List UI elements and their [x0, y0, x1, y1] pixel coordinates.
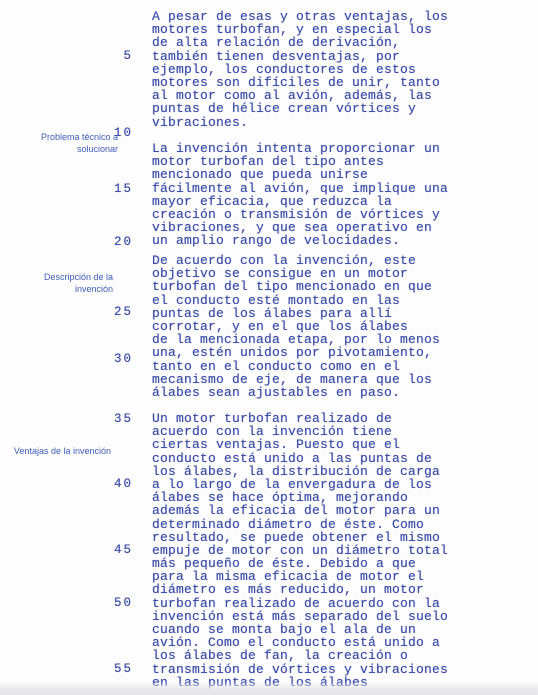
line-number: 50	[0, 596, 133, 610]
text-line: diámetro es más reducido, un motor	[152, 583, 448, 596]
margin-section-label: Ventajas de la invención	[0, 446, 111, 458]
margin-label-line: Descripción de la	[0, 272, 113, 284]
line-number: 30	[0, 352, 133, 366]
text-line: ciertas ventajas. Puesto que el	[152, 438, 448, 451]
line-number: 45	[0, 543, 133, 557]
paragraph: Un motor turbofan realizado deacuerdo co…	[152, 412, 448, 689]
text-line: ejemplo, los conductores de estos	[152, 63, 448, 76]
text-line: mayor eficacia, que reduzca la	[152, 195, 448, 208]
line-number: 35	[0, 412, 133, 426]
text-line: los álabes de fan, la creación o	[152, 649, 448, 662]
text-line: el conducto esté montado en las	[152, 294, 440, 307]
line-number: 20	[0, 235, 133, 249]
margin-label-line: solucionar	[0, 144, 118, 156]
text-line: además la eficacia del motor para un	[152, 504, 448, 517]
margin-label-line: Ventajas de la invención	[0, 446, 111, 458]
margin-section-label: Descripción de lainvención	[0, 272, 113, 295]
document-page: Problema técnico asolucionarDescripción …	[0, 0, 538, 695]
line-number: 40	[0, 477, 133, 491]
text-line: vibraciones.	[152, 116, 448, 129]
text-line: mecanismo de eje, de manera que los	[152, 373, 440, 386]
text-line: puntas de los álabes para allí	[152, 307, 440, 320]
text-line: turbofan del tipo mencionado en que	[152, 280, 440, 293]
line-number: 55	[0, 662, 133, 676]
margin-label-line: invención	[0, 284, 113, 296]
text-line: álabes sean ajustables en paso.	[152, 386, 440, 399]
text-line: también tienen desventajas, por	[152, 50, 448, 63]
text-line: mencionado que pueda unirse	[152, 168, 448, 181]
text-line: fácilmente al avión, que implique una	[152, 182, 448, 195]
line-number: 25	[0, 305, 133, 319]
text-line: transmisión de vórtices y vibraciones	[152, 663, 448, 676]
text-line: los álabes, la distribución de carga	[152, 465, 448, 478]
line-number: 5	[0, 49, 133, 63]
text-line: conducto está unido a las puntas de	[152, 452, 448, 465]
text-line: una, estén unidos por pivotamiento,	[152, 346, 440, 359]
text-line: determinado diámetro de éste. Como	[152, 518, 448, 531]
line-number: 15	[0, 182, 133, 196]
text-line: tanto en el conducto como en el	[152, 360, 440, 373]
text-line: de alta relación de derivación,	[152, 36, 448, 49]
text-line: puntas de hélice crean vórtices y	[152, 102, 448, 115]
paragraph: A pesar de esas y otras ventajas, losmot…	[152, 10, 448, 129]
line-number: 10	[0, 126, 133, 140]
text-line: resultado, se puede obtener el mismo	[152, 531, 448, 544]
text-line: turbofan realizado de acuerdo con la	[152, 597, 448, 610]
text-line: un amplio rango de velocidades.	[152, 234, 448, 247]
paragraph: La invención intenta proporcionar unmoto…	[152, 142, 448, 248]
scan-edge-shadow	[0, 682, 538, 695]
paragraph: De acuerdo con la invención, esteobjetiv…	[152, 254, 440, 399]
